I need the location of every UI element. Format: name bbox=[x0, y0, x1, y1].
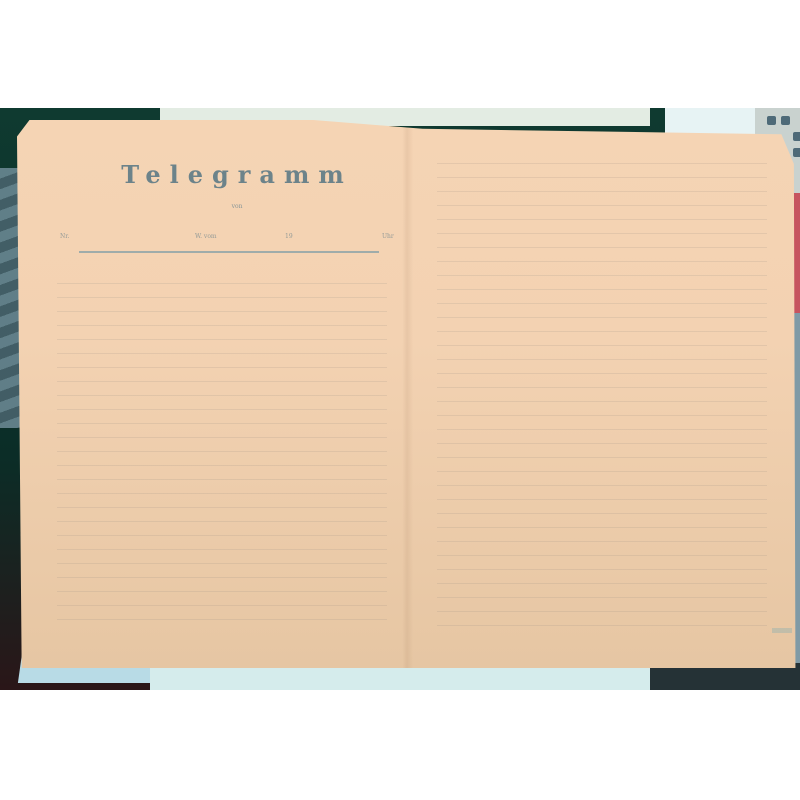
key-icon bbox=[793, 132, 800, 141]
ruled-lines-right-page bbox=[437, 150, 767, 628]
nr-label: Nr. bbox=[60, 233, 69, 240]
form-subtitle: von bbox=[57, 203, 417, 210]
ruled-lines-left-page bbox=[57, 270, 387, 628]
uhr-label: Uhr bbox=[382, 233, 394, 240]
key-icon bbox=[793, 148, 800, 157]
year-prefix: 19 bbox=[285, 233, 293, 240]
key-icon bbox=[781, 116, 790, 125]
form-title: Telegramm bbox=[57, 160, 417, 189]
background-surface bbox=[665, 108, 755, 136]
telegram-form: Telegramm von Nr. W. vom 19 Uhr bbox=[17, 120, 797, 668]
photo-frame: Telegramm von Nr. W. vom 19 Uhr bbox=[0, 108, 800, 690]
header-rule bbox=[79, 251, 379, 253]
w-vom-label: W. vom bbox=[195, 233, 217, 240]
corner-stamp bbox=[772, 628, 792, 633]
form-info-line: Nr. W. vom 19 Uhr bbox=[60, 230, 395, 244]
form-header: Telegramm von bbox=[57, 160, 417, 210]
key-icon bbox=[767, 116, 776, 125]
